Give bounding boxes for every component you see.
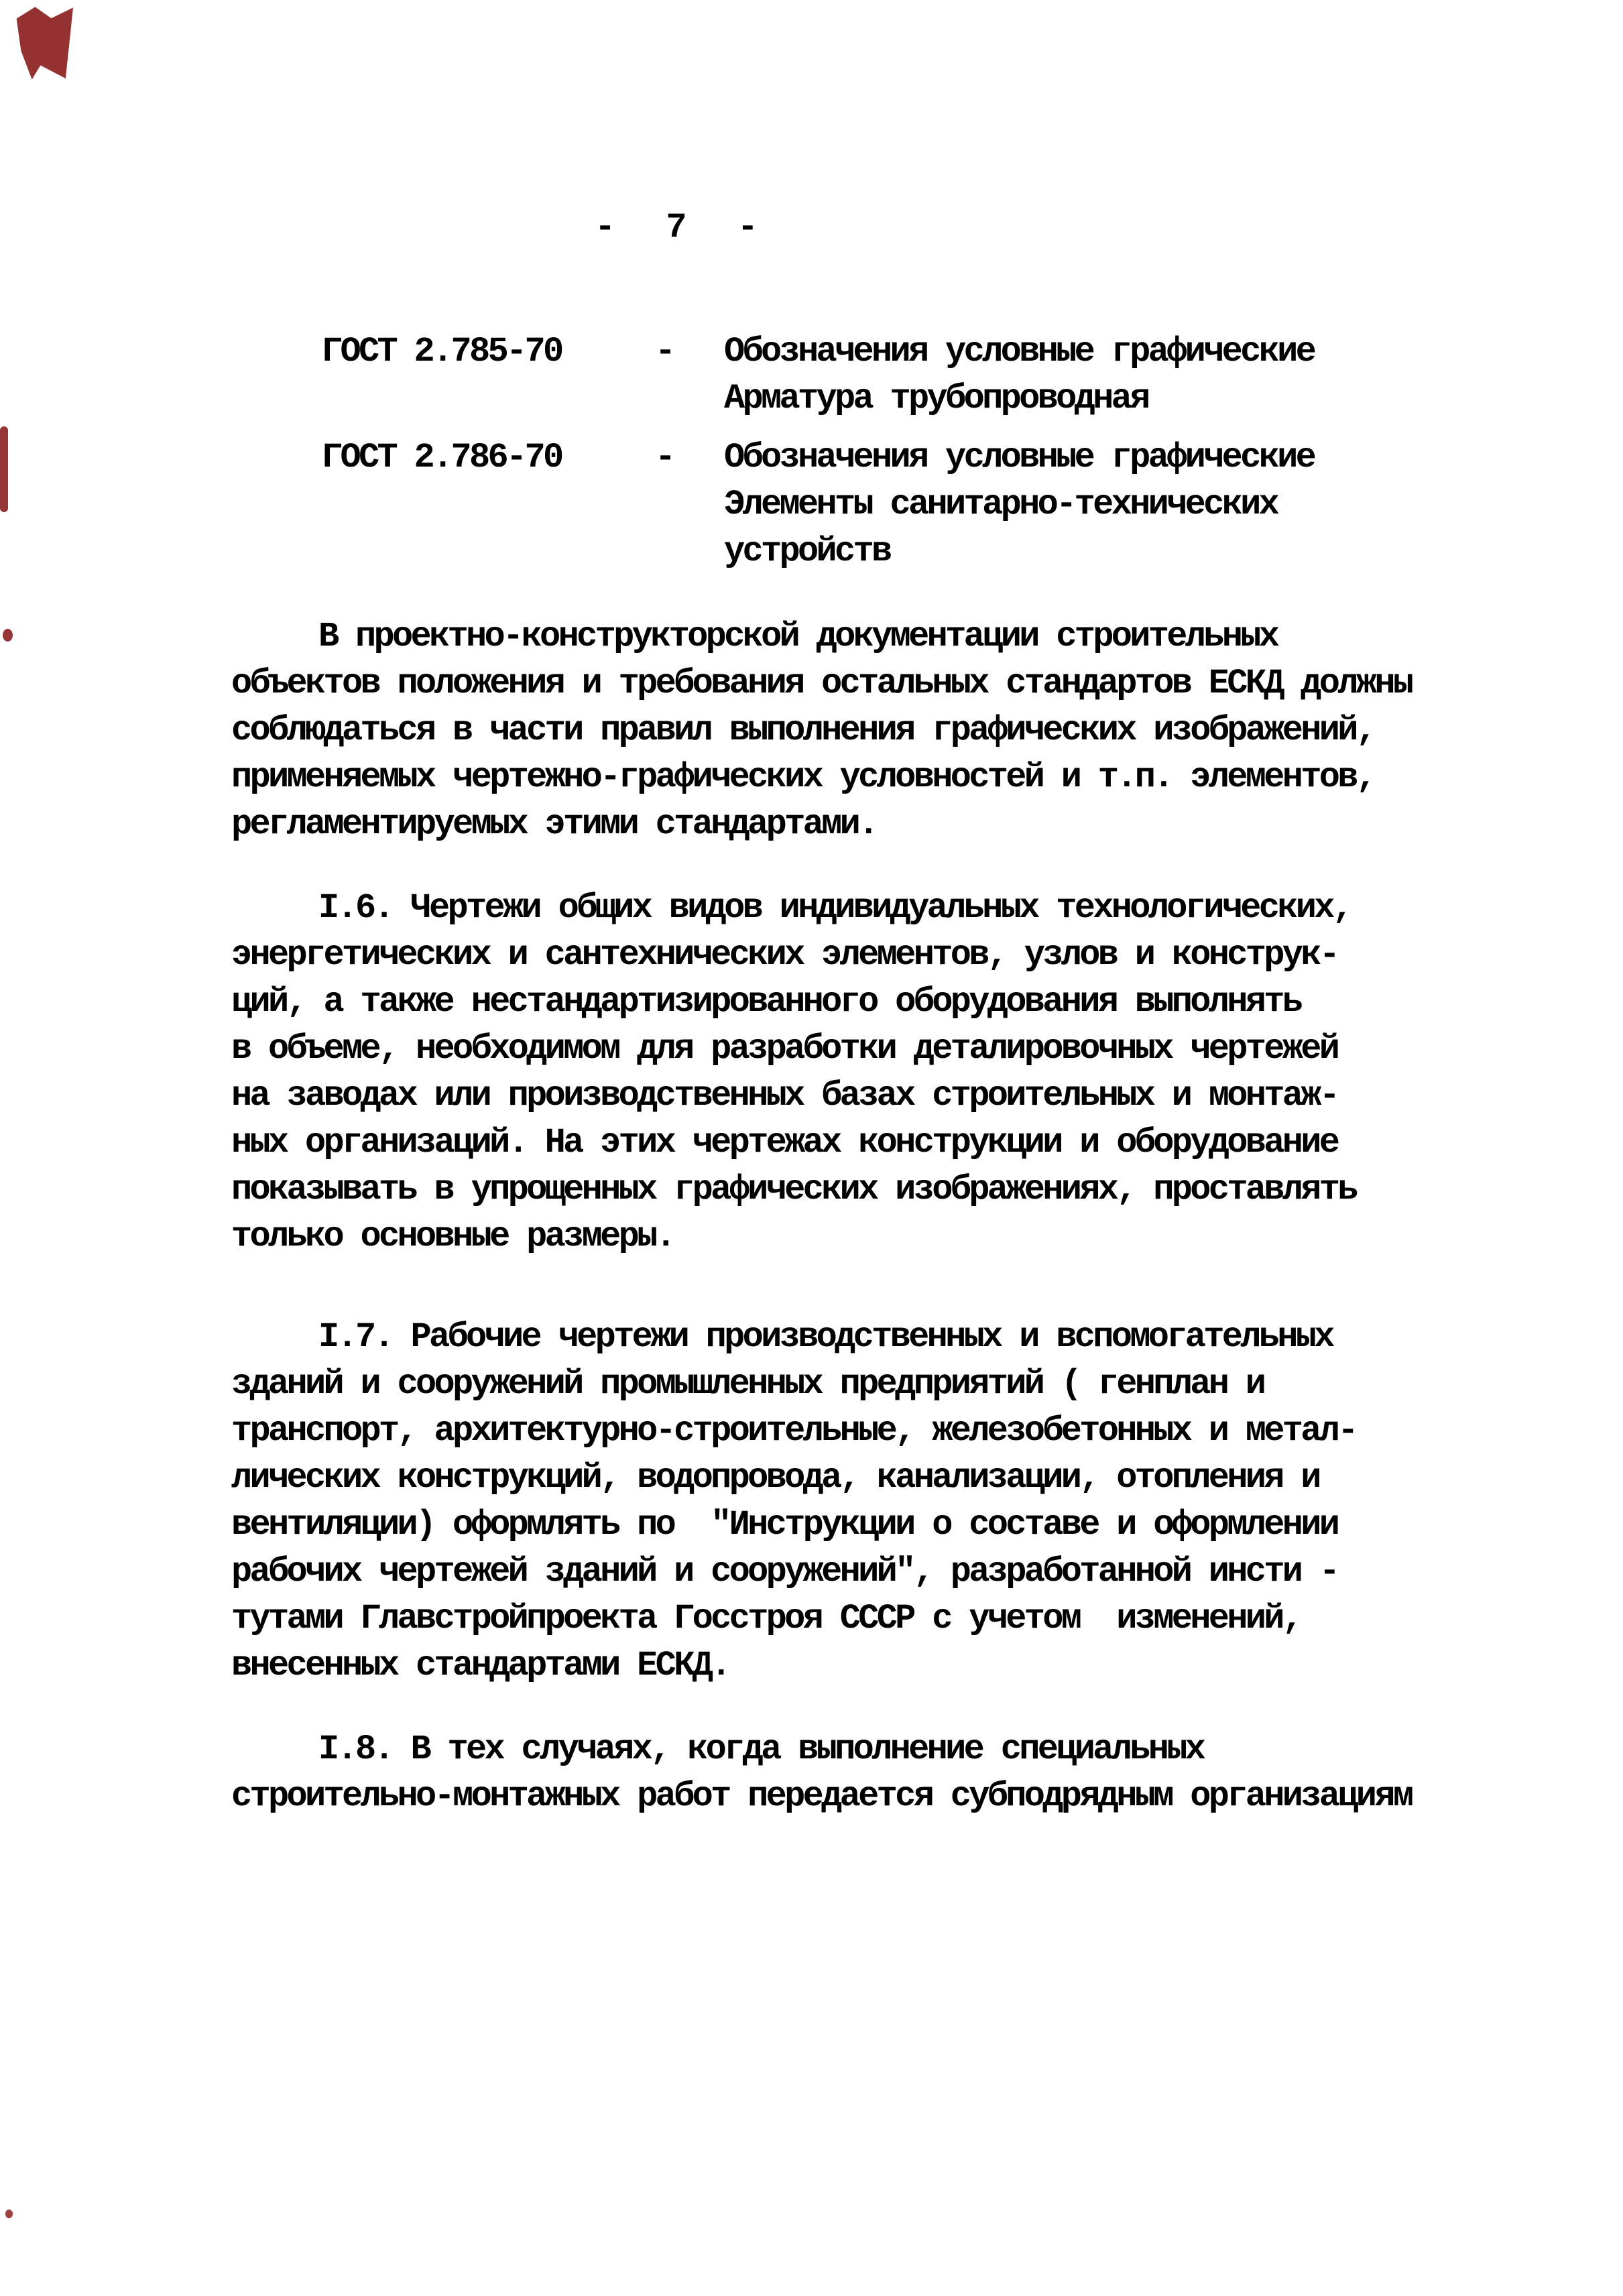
section-1-6-paragraph: I.6. Чертежи общих видов индивидуальных … (231, 885, 1356, 1260)
red-ink-dot (3, 629, 13, 642)
standard-description: Обозначения условные графические Элемент… (724, 434, 1314, 575)
dash-separator: - (655, 434, 674, 481)
page-number: - 7 - (590, 204, 778, 251)
red-ink-edge-streak (0, 426, 8, 512)
standard-code: ГОСТ 2.786-70 (322, 434, 562, 481)
section-1-8-paragraph: I.8. В тех случаях, когда выполнение спе… (231, 1726, 1411, 1820)
red-ink-bottom-speck (5, 2210, 13, 2218)
dash-separator: - (655, 328, 674, 375)
section-1-7-paragraph: I.7. Рабочие чертежи производственных и … (231, 1314, 1356, 1689)
standard-description: Обозначения условные графические Арматур… (724, 328, 1314, 422)
paragraph-intro: В проектно-конструкторской документации … (231, 613, 1411, 848)
scanned-document-page: - 7 - ГОСТ 2.785-70 - Обозначения условн… (0, 0, 1623, 2296)
red-ink-corner-mark (15, 2, 83, 84)
standard-code: ГОСТ 2.785-70 (322, 328, 562, 375)
